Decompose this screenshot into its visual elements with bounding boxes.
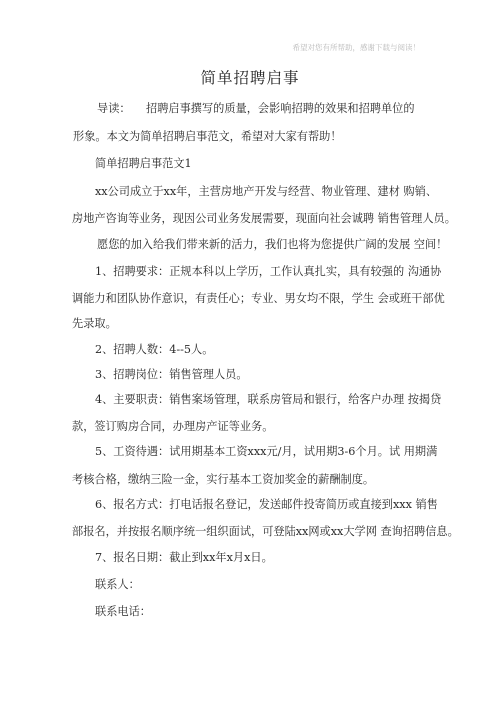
document-title: 简单招聘启事 [0,66,500,88]
body-line: 6、报名方式：打电话报名登记，发送邮件投寄简历或直接到xxx 销售 [95,498,438,512]
body-line: 款，签订购房合同，办理房产证等业务。 [72,420,273,434]
body-line: xx公司成立于xx年，主营房地产开发与经营、物业管理、建材 购销、 [95,185,437,199]
body-line: 4、主要职责：销售案场管理，联系房管局和银行，给客户办理 按揭贷 [95,393,441,407]
intro-line-2: 形象。本文为简单招聘启事范文，希望对大家有帮助！ [73,130,342,144]
body-line: 部报名，并按报名顺序统一组织面试，可登陆xx网或xx大学网 查询招聘信息。 [72,525,459,539]
body-line: 5、工资待遇：试用期基本工资xxx元/月，试用期3-6个月。试 用期满 [95,445,437,459]
body-line: 愿您的加入给我们带来新的活力，我们也将为您提供广阔的发展 空间！ [97,238,447,252]
body-line: 考核合格，缴纳三险一金，实行基本工资加奖金的薪酬制度。 [72,473,374,487]
contact-person-label: 联系人： [95,578,140,592]
body-line: 7、报名日期：截止到xx年x月x日。 [95,551,273,565]
body-line: 先录取。 [72,317,117,331]
body-line: 1、招聘要求：正规本科以上学历，工作认真扎实，具有较强的 沟通协 [95,265,441,279]
body-line: 3、招聘岗位：销售管理人员。 [95,368,248,382]
body-line: 房地产咨询等业务，现因公司业务发展需要，现面向社会诚聘 销售管理人员。 [72,212,456,226]
body-line: 调能力和团队协作意识，有责任心；专业、男女均不限，学生 会或班干部优 [72,292,445,306]
intro-line-1: 招聘启事撰写的质量，会影响招聘的效果和招聘单位的 [146,102,415,116]
intro-label: 导读： [97,102,131,116]
header-note: 希望对您有所帮助，感谢下载与阅读！ [293,42,421,53]
contact-phone-label: 联系电话： [95,605,151,619]
section-title: 简单招聘启事范文1 [95,157,192,171]
body-line: 2、招聘人数：4--5人。 [95,343,213,357]
